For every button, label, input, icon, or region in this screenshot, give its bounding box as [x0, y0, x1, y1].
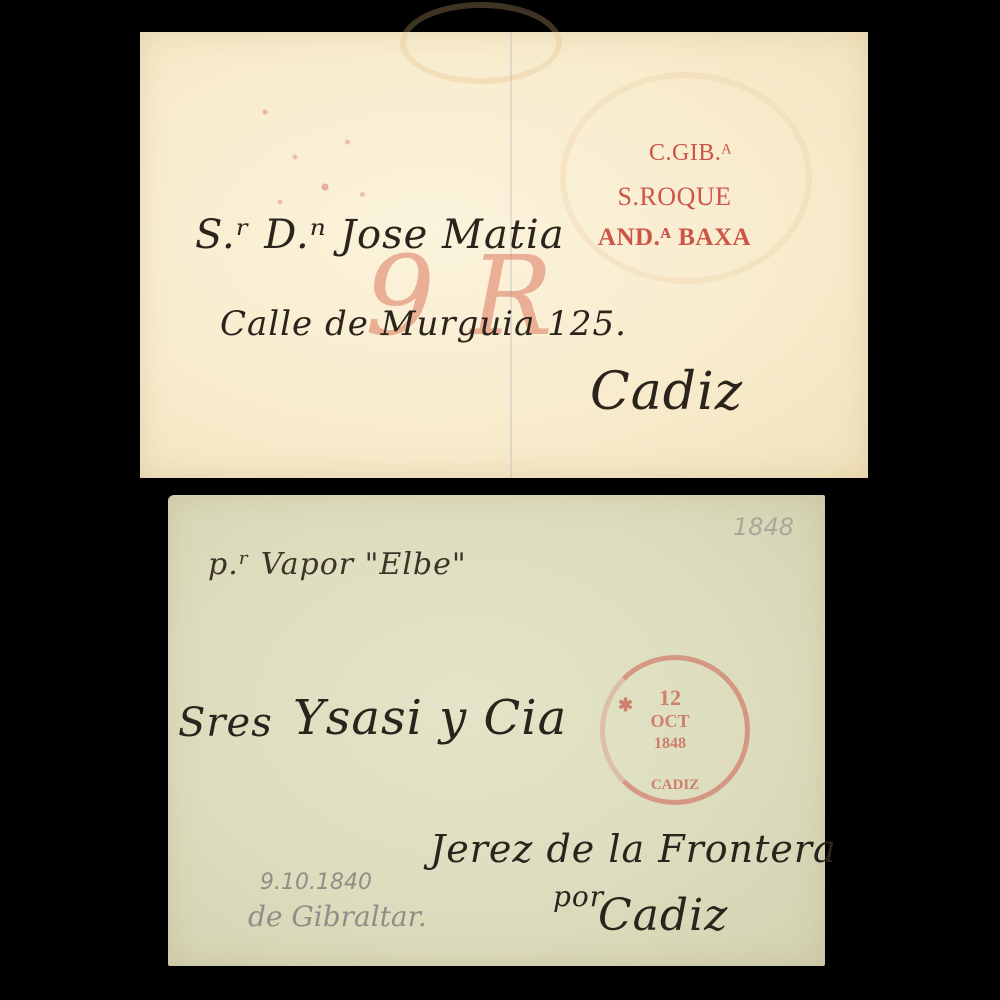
address-salutation: S.ʳ D.ⁿ: [195, 212, 327, 258]
address-city: Cadiz: [590, 362, 743, 422]
address-name: Jose Matia: [340, 212, 565, 258]
routing-endorsement: p.ʳ Vapor "Elbe": [208, 547, 467, 582]
top-postal-cover: 9 R C.GIB.ᴬ S.ROQUE AND.ᴬ BAXA S.ʳ D.ⁿ J…: [140, 32, 868, 478]
handstamp-line-1: C.GIB.ᴬ: [618, 140, 763, 167]
datestamp-town: CADIZ: [630, 777, 720, 794]
pencil-note-origin: de Gibraltar.: [248, 900, 427, 933]
address-town: Jerez de la Frontera: [430, 827, 837, 871]
bottom-postal-cover: 1848 p.ʳ Vapor "Elbe" Sres Ysasi y Cia J…: [168, 495, 825, 966]
address-name: Ysasi y Cia: [293, 690, 567, 746]
pencil-year: 1848: [733, 513, 794, 541]
address-city: Cadiz: [598, 890, 728, 941]
handstamp-line-3: AND.ᴬ BAXA: [592, 224, 757, 252]
faint-stain: [400, 2, 562, 84]
faint-red-handstamp: [235, 82, 385, 232]
datestamp-day: 12: [640, 685, 700, 711]
datestamp-year: 1848: [640, 735, 700, 753]
address-street: Calle de Murguia 125.: [220, 304, 627, 344]
pencil-note-date: 9.10.1840: [260, 870, 372, 895]
address-via: por: [553, 880, 604, 913]
datestamp-star-icon: ✱: [618, 695, 633, 716]
faint-stain: [560, 72, 812, 284]
datestamp-month: OCT: [640, 711, 700, 732]
address-salutation: Sres: [178, 700, 273, 746]
handstamp-line-2: S.ROQUE: [602, 182, 747, 212]
